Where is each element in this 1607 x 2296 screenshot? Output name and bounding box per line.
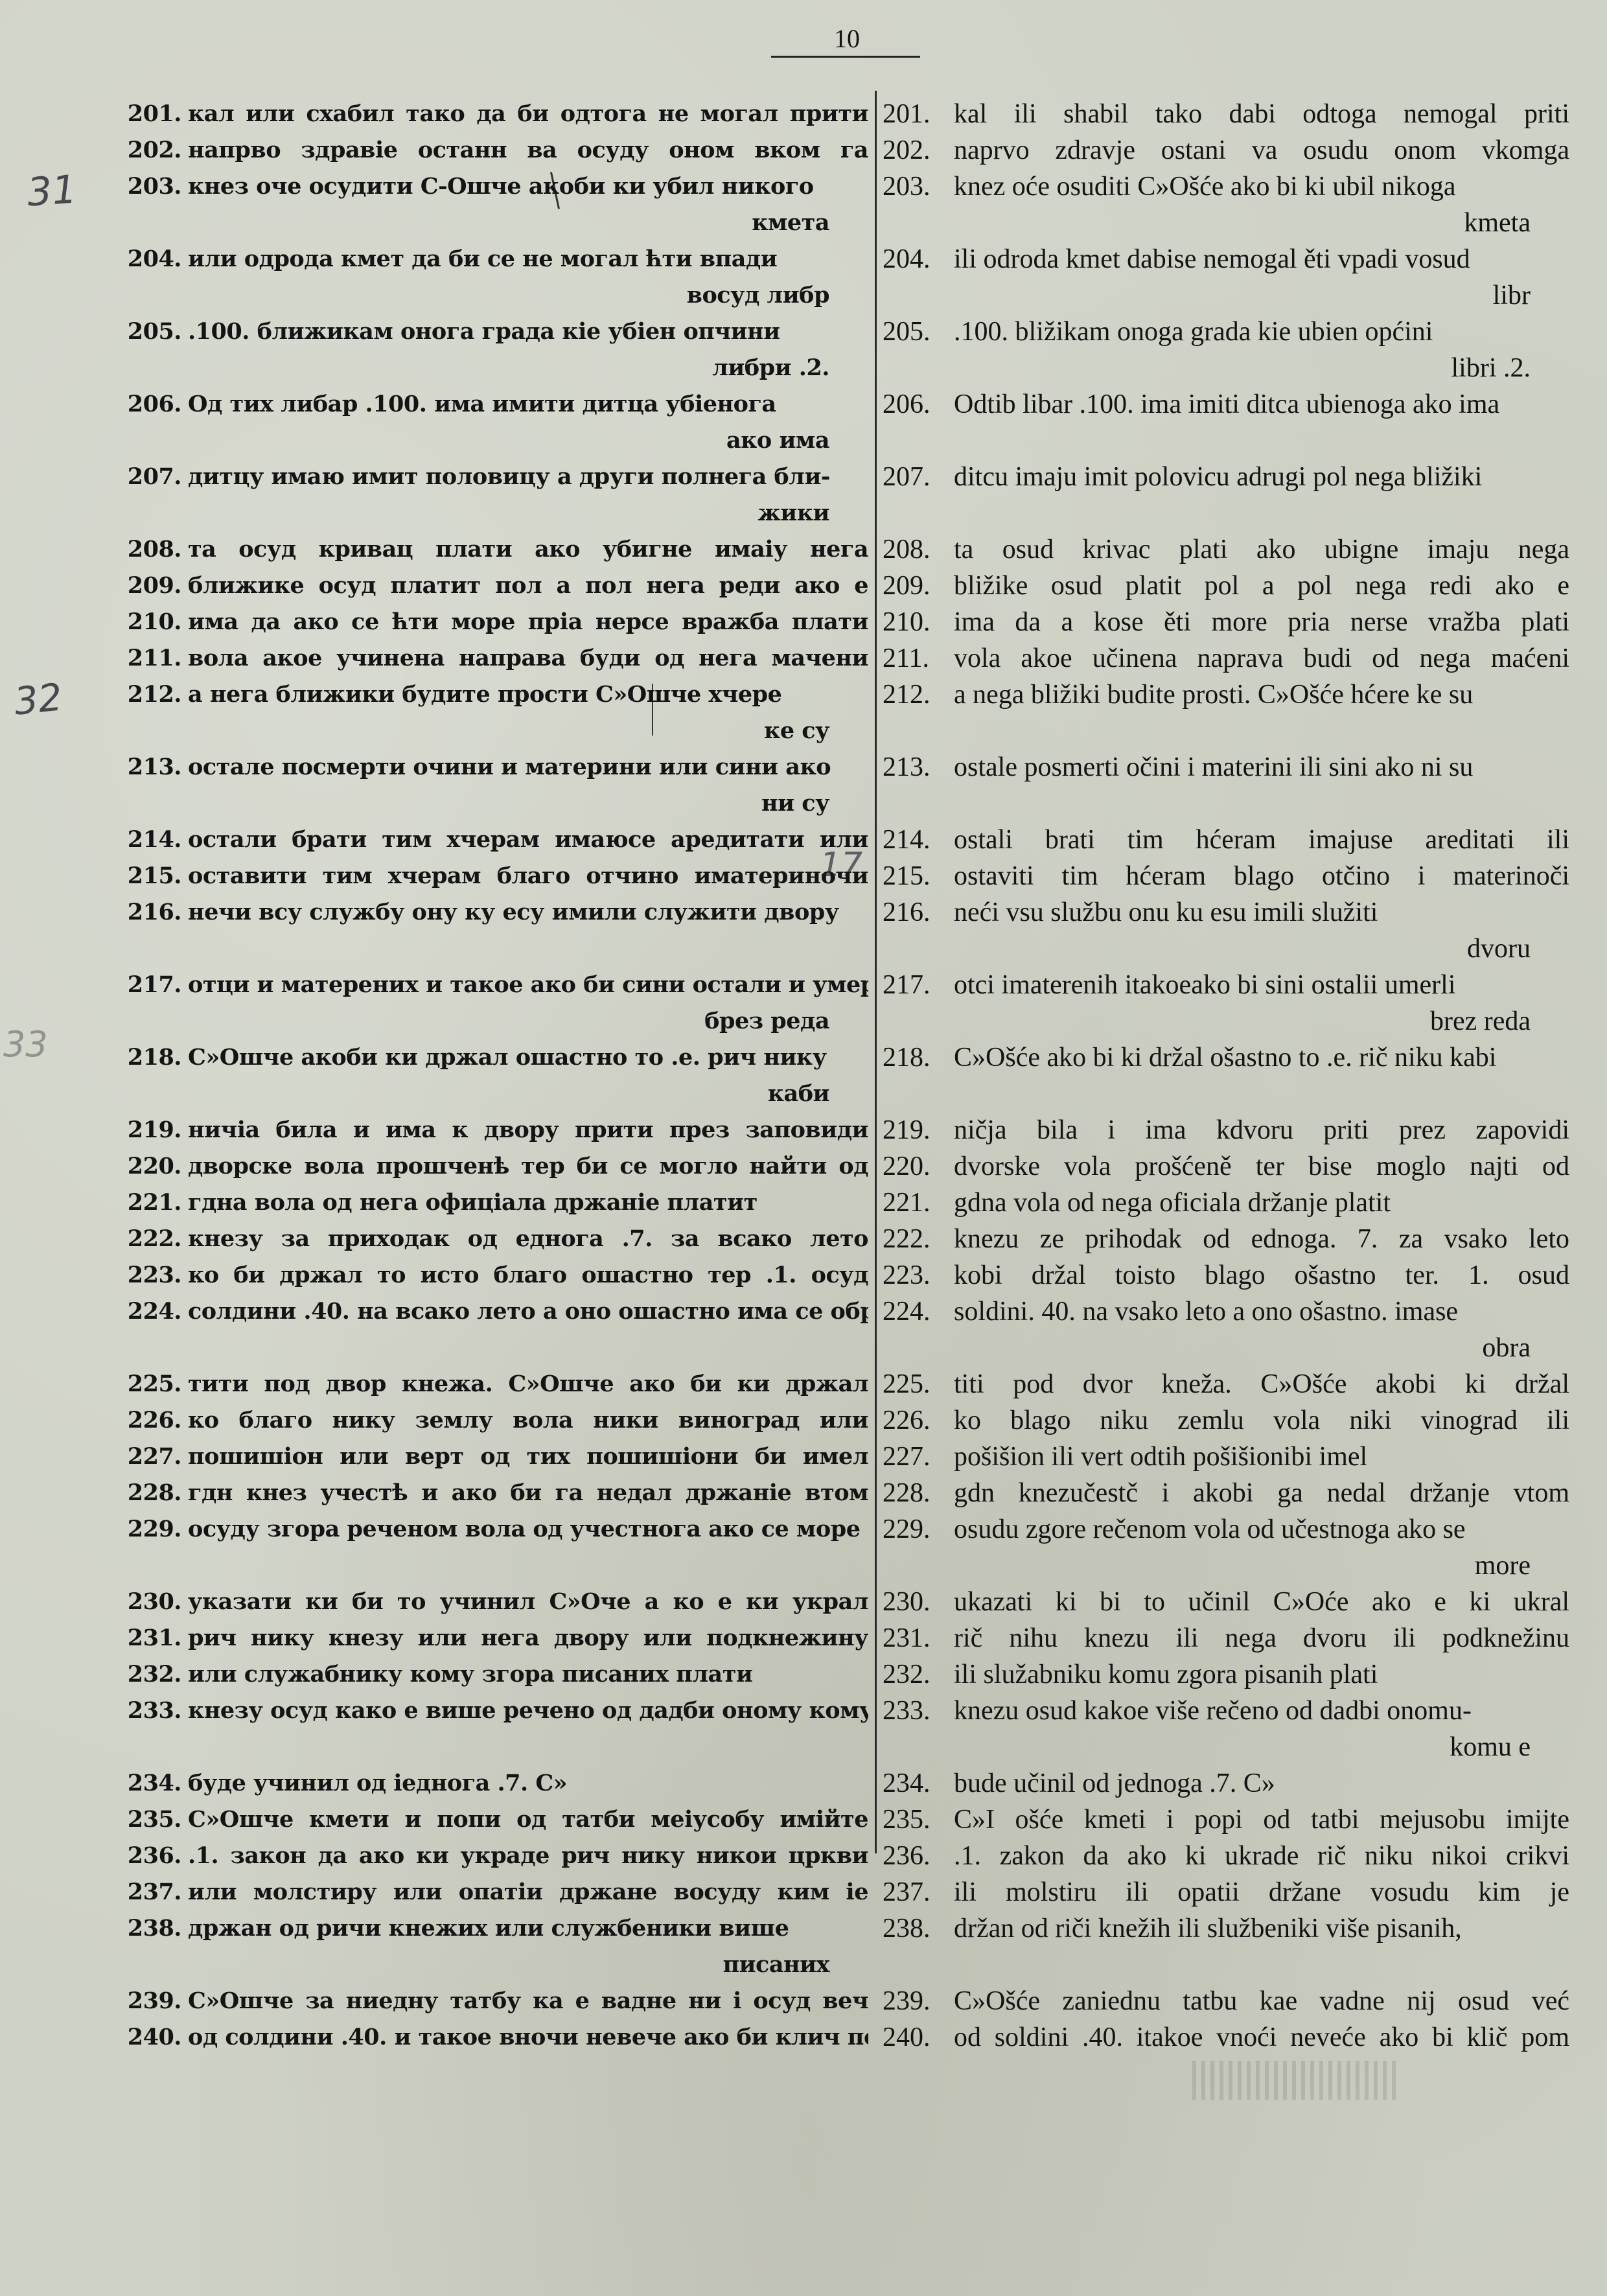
line-number: 232.	[883, 1656, 954, 1693]
verse-line: 236..1. zakon da ako ki ukrade rič niku …	[883, 1838, 1569, 1874]
line-number: 212.	[883, 677, 954, 713]
blank-line	[883, 785, 1569, 822]
line-number: 203.	[883, 168, 954, 205]
verse-entry: 217.otci imaterenih itakoeako bi sini os…	[883, 967, 1569, 1039]
verse-line: 225.тити под двор кнежа. С»Ошче ако би к…	[109, 1366, 868, 1402]
line-number: 226.	[109, 1402, 188, 1439]
verse-text: ima da a kose ěti more pria nerse vražba…	[954, 604, 1569, 640]
verse-line: 219.ničja bila i ima kdvoru priti prez z…	[883, 1112, 1569, 1148]
verse-text: C»I ošće kmeti i popi od tatbi mejusobu …	[954, 1802, 1569, 1838]
verse-text: ili služabniku komu zgora pisanih plati	[954, 1656, 1569, 1693]
verse-line: 240.од солдини .40. и такое вночи невече…	[109, 2019, 868, 2056]
line-number: 217.	[109, 967, 188, 1003]
line-number: 236.	[883, 1838, 954, 1874]
verse-text: rič nihu knezu ili nega dvoru ili podkne…	[954, 1620, 1569, 1656]
page-number-underline	[771, 56, 920, 58]
line-number: 211.	[883, 640, 954, 677]
verse-entry: 213.ostale posmerti očini i materini ili…	[883, 749, 1569, 822]
verse-line: 206.Од тих либар .100. има имити дитца у…	[109, 386, 868, 423]
verse-line: 233.кнезу осуд како е више речено од дад…	[109, 1693, 868, 1729]
verse-text: указати ки би то учинил С»Оче а ко е ки …	[188, 1584, 868, 1620]
verse-line: 237.ili molstiru ili opatii držane vosud…	[883, 1874, 1569, 1910]
blank-line	[883, 1076, 1569, 1112]
verse-entry: 219.ničja bila i ima kdvoru priti prez z…	[883, 1112, 1569, 1148]
verse-text: или одрода кмет да би се не могал ћти вп…	[188, 241, 868, 277]
verse-line: 219.ничіа била и има к двору прити през …	[109, 1112, 868, 1148]
verse-text: ko blago niku zemlu vola niki vinograd i…	[954, 1402, 1569, 1439]
verse-line: 205..100. ближикам онога града кіе убіен…	[109, 314, 868, 350]
blank-line	[883, 713, 1569, 749]
verse-entry: 230.ukazati ki bi to učinil C»Oće ako e …	[883, 1584, 1569, 1620]
verse-entry: 230.указати ки би то учинил С»Оче а ко е…	[109, 1584, 868, 1620]
line-number: 239.	[109, 1983, 188, 2019]
verse-continuation: libri .2.	[883, 350, 1569, 386]
verse-entry: 237.ili molstiru ili opatii držane vosud…	[883, 1874, 1569, 1910]
verse-line: 211.вола акое учинена направа буди од не…	[109, 640, 868, 677]
verse-line: 212.а нега ближики будите прости С»Ошче …	[109, 677, 868, 713]
verse-text: кал или схабил тако да би одтога не мога…	[188, 96, 868, 132]
verse-text: та осуд кривац плати ако убигне имаіу не…	[188, 531, 868, 568]
line-number: 234.	[109, 1765, 188, 1802]
line-number: 208.	[109, 531, 188, 568]
verse-text: ко благо нику землу вола ники виноград и…	[188, 1402, 868, 1439]
line-number: 231.	[883, 1620, 954, 1656]
line-number: 214.	[109, 822, 188, 858]
line-number: 216.	[109, 894, 188, 931]
verse-text: ukazati ki bi to učinil C»Oće ako e ki u…	[954, 1584, 1569, 1620]
verse-line: 240.od soldini .40. itakoe vnoći neveće …	[883, 2019, 1569, 2056]
verse-entry: 219.ничіа била и има к двору прити през …	[109, 1112, 868, 1148]
verse-entry: 232.ili služabniku komu zgora pisanih pl…	[883, 1656, 1569, 1693]
line-number: 229.	[883, 1511, 954, 1548]
line-number: 202.	[109, 132, 188, 168]
verse-text: držan od riči knežih ili službeniki više…	[954, 1910, 1569, 1947]
line-number: 208.	[883, 531, 954, 568]
verse-entry: 206.Од тих либар .100. има имити дитца у…	[109, 386, 868, 459]
verse-entry: 236..1. zakon da ako ki ukrade rič niku …	[883, 1838, 1569, 1874]
verse-entry: 223.kobi držal toisto blago ošastno ter.…	[883, 1257, 1569, 1293]
line-number: 218.	[883, 1039, 954, 1076]
verse-entry: 234.буде учинил од іеднога .7. С»	[109, 1765, 868, 1802]
verse-entry: 204.или одрода кмет да би се не могал ћт…	[109, 241, 868, 314]
verse-line: 235.С»Ошче кмети и попи од татби меіусоб…	[109, 1802, 868, 1838]
verse-line: 201.kal ili shabil tako dabi odtoga nemo…	[883, 96, 1569, 132]
blank-line	[109, 1729, 868, 1765]
verse-line: 234.буде учинил од іеднога .7. С»	[109, 1765, 868, 1802]
line-number: 234.	[883, 1765, 954, 1802]
margin-annotation-32: 32	[12, 675, 65, 723]
verse-line: 204.или одрода кмет да би се не могал ћт…	[109, 241, 868, 277]
line-number: 213.	[883, 749, 954, 785]
line-number: 240.	[883, 2019, 954, 2056]
verse-text: pošišion ili vert odtih pošišionibi imel	[954, 1439, 1569, 1475]
verse-text: од солдини .40. и такое вночи невече ако…	[188, 2019, 868, 2056]
verse-line: 213.ostale posmerti očini i materini ili…	[883, 749, 1569, 785]
verse-text: а нега ближики будите прости С»Ошче хчер…	[188, 677, 868, 713]
blank-line	[109, 1548, 868, 1584]
verse-entry: 207.дитцу имаю имит половицу а други пол…	[109, 459, 868, 531]
verse-text: otci imaterenih itakoeako bi sini ostali…	[954, 967, 1569, 1003]
verse-line: 212.a nega bližiki budite prosti. C»Ošće…	[883, 677, 1569, 713]
verse-text: gdn knezučestč i akobi ga nedal držanje …	[954, 1475, 1569, 1511]
verse-text: kal ili shabil tako dabi odtoga nemogal …	[954, 96, 1569, 132]
verse-entry: 210.има да ако се ћти море пріа нерсе вр…	[109, 604, 868, 640]
verse-entry: 201.kal ili shabil tako dabi odtoga nemo…	[883, 96, 1569, 132]
verse-line: 232.ili služabniku komu zgora pisanih pl…	[883, 1656, 1569, 1693]
verse-entry: 209.bližike osud platit pol a pol nega r…	[883, 568, 1569, 604]
verse-text: osudu zgore rečenom vola od učestnoga ak…	[954, 1511, 1569, 1548]
line-number: 203.	[109, 168, 188, 205]
verse-text: kobi držal toisto blago ošastno ter. 1. …	[954, 1257, 1569, 1293]
verse-entry: 228.гдн кнез учестѣ и ако би га недал др…	[109, 1475, 868, 1511]
verse-entry: 201.кал или схабил тако да би одтога не …	[109, 96, 868, 132]
verse-line: 209.ближике осуд платит пол а пол нега р…	[109, 568, 868, 604]
verse-text: Odtib libar .100. ima imiti ditca ubieno…	[954, 386, 1569, 423]
verse-entry: 216.нечи всу службу ону ку есу имили слу…	[109, 894, 868, 967]
verse-line: 210.има да ако се ћти море пріа нерсе вр…	[109, 604, 868, 640]
line-number: 230.	[883, 1584, 954, 1620]
verse-continuation: more	[883, 1548, 1569, 1584]
verse-entry: 203.кнез оче осудити С-Ошче акоби ки уби…	[109, 168, 868, 241]
verse-text: ostaviti tim hćeram blago otčino i mater…	[954, 858, 1569, 894]
verse-continuation: ако има	[109, 423, 868, 459]
verse-entry: 240.od soldini .40. itakoe vnoći neveće …	[883, 2019, 1569, 2056]
verse-line: 217.otci imaterenih itakoeako bi sini os…	[883, 967, 1569, 1003]
verse-line: 218.С»Ошче акоби ки држал ошастно то .е.…	[109, 1039, 868, 1076]
verse-line: 203.кнез оче осудити С-Ошче акоби ки уби…	[109, 168, 868, 205]
verse-entry: 225.titi pod dvor kneža. C»Ošće akobi ki…	[883, 1366, 1569, 1402]
verse-entry: 221.gdna vola od nega oficiala držanje p…	[883, 1185, 1569, 1221]
verse-text: буде учинил од іеднога .7. С»	[188, 1765, 868, 1802]
verse-text: кнезу осуд како е више речено од дадби о…	[188, 1693, 868, 1729]
verse-entry: 203.knez oće osuditi C»Ošće ako bi ki ub…	[883, 168, 1569, 241]
verse-text: C»Ošće zaniednu tatbu kae vadne nij osud…	[954, 1983, 1569, 2019]
line-number: 231.	[109, 1620, 188, 1656]
line-number: 222.	[109, 1221, 188, 1257]
verse-line: 220.dvorske vola prošćeně ter bise moglo…	[883, 1148, 1569, 1185]
verse-line: 229.осуду згора реченом вола од учестног…	[109, 1511, 868, 1548]
verse-entry: 226.ко благо нику землу вола ники виногр…	[109, 1402, 868, 1439]
line-number: 201.	[883, 96, 954, 132]
verse-line: 220.дворске вола прошченѣ тер би се могл…	[109, 1148, 868, 1185]
verse-line: 226.ko blago niku zemlu vola niki vinogr…	[883, 1402, 1569, 1439]
verse-entry: 222.кнезу за приходак од еднога .7. за в…	[109, 1221, 868, 1257]
verse-entry: 231.rič nihu knezu ili nega dvoru ili po…	[883, 1620, 1569, 1656]
verse-text: ditcu imaju imit polovicu adrugi pol neg…	[954, 459, 1569, 495]
blank-line	[883, 1947, 1569, 1983]
bleed-through-smudge	[1192, 2061, 1400, 2100]
verse-text: a nega bližiki budite prosti. C»Ošće hće…	[954, 677, 1569, 713]
line-number: 206.	[883, 386, 954, 423]
verse-entry: 220.дворске вола прошченѣ тер би се могл…	[109, 1148, 868, 1185]
verse-line: 223.ко би држал то исто благо ошастно те…	[109, 1257, 868, 1293]
line-number: 233.	[883, 1693, 954, 1729]
verse-text: gdna vola od nega oficiala držanje plati…	[954, 1185, 1569, 1221]
verse-line: 227.пошишіон или верт од тих пошишіони б…	[109, 1439, 868, 1475]
verse-line: 210.ima da a kose ěti more pria nerse vr…	[883, 604, 1569, 640]
margin-annotation-31: 31	[26, 167, 78, 215]
verse-text: пошишіон или верт од тих пошишіони би им…	[188, 1439, 868, 1475]
line-number: 225.	[109, 1366, 188, 1402]
verse-entry: 205..100. bližikam onoga grada kie ubien…	[883, 314, 1569, 386]
verse-entry: 238.држан од ричи кнежих или службеники …	[109, 1910, 868, 1983]
verse-text: naprvo zdravje ostani va osudu onom vkom…	[954, 132, 1569, 168]
verse-text: солдини .40. на всако лето а оно ошастно…	[188, 1293, 868, 1330]
line-number: 211.	[109, 640, 188, 677]
verse-line: 236..1. закон да ако ки украде рич нику …	[109, 1838, 868, 1874]
line-number: 215.	[883, 858, 954, 894]
verse-text: тити под двор кнежа. С»Ошче ако би ки др…	[188, 1366, 868, 1402]
verse-entry: 215.ostaviti tim hćeram blago otčino i m…	[883, 858, 1569, 894]
verse-text: knezu ze prihodak od ednoga. 7. za vsako…	[954, 1221, 1569, 1257]
verse-text: ostali brati tim hćeram imajuse areditat…	[954, 822, 1569, 858]
verse-entry: 237.или молстиру или опатіи држане восуд…	[109, 1874, 868, 1910]
verse-text: оставити тим хчерам благо отчино иматери…	[188, 858, 868, 894]
line-number: 221.	[883, 1185, 954, 1221]
verse-entry: 232.или служабнику кому згора писаних пл…	[109, 1656, 868, 1693]
verse-text: кнез оче осудити С-Ошче акоби ки убил ни…	[188, 168, 868, 205]
verse-continuation: брез реда	[109, 1003, 868, 1039]
verse-line: 207.дитцу имаю имит половицу а други пол…	[109, 459, 868, 495]
verse-line: 204.ili odroda kmet dabise nemogal ěti v…	[883, 241, 1569, 277]
verse-line: 209.bližike osud platit pol a pol nega r…	[883, 568, 1569, 604]
verse-line: 224.soldini. 40. na vsako leto a ono oša…	[883, 1293, 1569, 1330]
verse-entry: 220.dvorske vola prošćeně ter bise moglo…	[883, 1148, 1569, 1185]
line-number: 218.	[109, 1039, 188, 1076]
verse-continuation: восуд либр	[109, 277, 868, 314]
verse-line: 222.кнезу за приходак од еднога .7. за в…	[109, 1221, 868, 1257]
line-number: 238.	[883, 1910, 954, 1947]
verse-line: 233.knezu osud kakoe više rečeno od dadb…	[883, 1693, 1569, 1729]
verse-text: bude učinil od jednoga .7. C»	[954, 1765, 1569, 1802]
verse-entry: 224.солдини .40. на всако лето а оно оша…	[109, 1293, 868, 1366]
verse-continuation: каби	[109, 1076, 868, 1112]
line-number: 210.	[883, 604, 954, 640]
verse-line: 239.С»Ошче за ниедну татбу ка е вадне ни…	[109, 1983, 868, 2019]
verse-text: кнезу за приходак од еднога .7. за всако…	[188, 1221, 868, 1257]
verse-line: 235.C»I ošće kmeti i popi od tatbi mejus…	[883, 1802, 1569, 1838]
verse-continuation: dvoru	[883, 931, 1569, 967]
verse-text: ili molstiru ili opatii držane vosudu ki…	[954, 1874, 1569, 1910]
verse-entry: 229.осуду згора реченом вола од учестног…	[109, 1511, 868, 1584]
verse-entry: 210.ima da a kose ěti more pria nerse vr…	[883, 604, 1569, 640]
line-number: 216.	[883, 894, 954, 931]
line-number: 227.	[883, 1439, 954, 1475]
verse-continuation: кмета	[109, 205, 868, 241]
verse-entry: 236..1. закон да ако ки украде рич нику …	[109, 1838, 868, 1874]
line-number: 202.	[883, 132, 954, 168]
verse-text: С»Ошче за ниедну татбу ка е вадне ни і о…	[188, 1983, 868, 2019]
verse-line: 237.или молстиру или опатіи држане восуд…	[109, 1874, 868, 1910]
verse-line: 214.ostali brati tim hćeram imajuse ared…	[883, 822, 1569, 858]
verse-text: остали брати тим хчерам имаюсе аредитати…	[188, 822, 868, 858]
blank-line	[883, 423, 1569, 459]
verse-text: нечи всу службу ону ку есу имили служити…	[188, 894, 868, 931]
verse-text: ničja bila i ima kdvoru priti prez zapov…	[954, 1112, 1569, 1148]
verse-entry: 214.ostali brati tim hćeram imajuse ared…	[883, 822, 1569, 858]
line-number: 219.	[109, 1112, 188, 1148]
verse-entry: 209.ближике осуд платит пол а пол нега р…	[109, 568, 868, 604]
verse-line: 231.рич нику кнезу или нега двору или по…	[109, 1620, 868, 1656]
line-number: 206.	[109, 386, 188, 423]
verse-line: 221.гдна вола од нега офиціала држаніе п…	[109, 1185, 868, 1221]
verse-text: рич нику кнезу или нега двору или подкне…	[188, 1620, 868, 1656]
line-number: 209.	[883, 568, 954, 604]
verse-text: дитцу имаю имит половицу а други полнега…	[188, 459, 868, 495]
verse-entry: 204.ili odroda kmet dabise nemogal ěti v…	[883, 241, 1569, 314]
line-number: 215.	[109, 858, 188, 894]
verse-entry: 214.остали брати тим хчерам имаюсе ареди…	[109, 822, 868, 858]
line-number: 223.	[109, 1257, 188, 1293]
verse-line: 202.naprvo zdravje ostani va osudu onom …	[883, 132, 1569, 168]
verse-line: 232.или служабнику кому згора писаних пл…	[109, 1656, 868, 1693]
verse-text: ничіа била и има к двору прити през запо…	[188, 1112, 868, 1148]
verse-line: 234.bude učinil od jednoga .7. C»	[883, 1765, 1569, 1802]
verse-text: neći vsu službu onu ku esu imili služiti	[954, 894, 1569, 931]
verse-text: od soldini .40. itakoe vnoći neveće ako …	[954, 2019, 1569, 2056]
verse-line: 238.držan od riči knežih ili službeniki …	[883, 1910, 1569, 1947]
verse-entry: 208.ta osud krivac plati ako ubigne imaj…	[883, 531, 1569, 568]
verse-entry: 233.knezu osud kakoe više rečeno od dadb…	[883, 1693, 1569, 1765]
verse-line: 227.pošišion ili vert odtih pošišionibi …	[883, 1439, 1569, 1475]
verse-text: напрво здравіе останн ва осуду оном вком…	[188, 132, 868, 168]
verse-text: .1. zakon da ako ki ukrade rič niku niko…	[954, 1838, 1569, 1874]
line-number: 205.	[883, 314, 954, 350]
verse-entry: 227.pošišion ili vert odtih pošišionibi …	[883, 1439, 1569, 1475]
verse-text: гдн кнез учестѣ и ако би га недал држані…	[188, 1475, 868, 1511]
verse-entry: 221.гдна вола од нега офиціала држаніе п…	[109, 1185, 868, 1221]
column-divider	[875, 91, 877, 1853]
line-number: 224.	[109, 1293, 188, 1330]
verse-entry: 216.neći vsu službu onu ku esu imili slu…	[883, 894, 1569, 967]
verse-line: 207.ditcu imaju imit polovicu adrugi pol…	[883, 459, 1569, 495]
verse-continuation: komu e	[883, 1729, 1569, 1765]
line-number: 223.	[883, 1257, 954, 1293]
verse-entry: 227.пошишіон или верт од тих пошишіони б…	[109, 1439, 868, 1475]
verse-line: 229.osudu zgore rečenom vola od učestnog…	[883, 1511, 1569, 1548]
line-number: 212.	[109, 677, 188, 713]
verse-continuation: ке су	[109, 713, 868, 749]
verse-text: вола акое учинена направа буди од нега м…	[188, 640, 868, 677]
verse-line: 218.C»Ošće ako bi ki držal ošastno to .e…	[883, 1039, 1569, 1076]
verse-text: titi pod dvor kneža. C»Ošće akobi ki drž…	[954, 1366, 1569, 1402]
line-number: 238.	[109, 1910, 188, 1947]
line-number: 222.	[883, 1221, 954, 1257]
line-number: 228.	[883, 1475, 954, 1511]
verse-line: 216.нечи всу службу ону ку есу имили слу…	[109, 894, 868, 931]
line-number: 204.	[109, 241, 188, 277]
line-number: 240.	[109, 2019, 188, 2056]
line-number: 220.	[883, 1148, 954, 1185]
verse-text: ко би држал то исто благо ошастно тер .1…	[188, 1257, 868, 1293]
verse-entry: 224.soldini. 40. na vsako leto a ono oša…	[883, 1293, 1569, 1366]
verse-text: или служабнику кому згора писаних плати	[188, 1656, 868, 1693]
line-number: 207.	[883, 459, 954, 495]
line-number: 213.	[109, 749, 188, 785]
verse-line: 202.напрво здравіе останн ва осуду оном …	[109, 132, 868, 168]
verse-line: 224.солдини .40. на всако лето а оно оша…	[109, 1293, 868, 1330]
blank-line	[109, 931, 868, 967]
line-number: 227.	[109, 1439, 188, 1475]
verse-entry: 213.остале посмерти очини и материни или…	[109, 749, 868, 822]
verse-text: .100. bližikam onoga grada kie ubien opć…	[954, 314, 1569, 350]
verse-entry: 229.osudu zgore rečenom vola od učestnog…	[883, 1511, 1569, 1584]
verse-entry: 207.ditcu imaju imit polovicu adrugi pol…	[883, 459, 1569, 531]
verse-entry: 228.gdn knezučestč i akobi ga nedal drža…	[883, 1475, 1569, 1511]
verse-text: осуду згора реченом вола од учестнога ак…	[188, 1511, 868, 1548]
verse-entry: 233.кнезу осуд како е више речено од дад…	[109, 1693, 868, 1765]
line-number: 237.	[883, 1874, 954, 1910]
line-number: 233.	[109, 1693, 188, 1729]
verse-line: 217.отци и матерених и такое ако би сини…	[109, 967, 868, 1003]
verse-text: отци и матерених и такое ако би сини ост…	[188, 967, 868, 1003]
verse-entry: 211.вола акое учинена направа буди од не…	[109, 640, 868, 677]
right-column-latin: 201.kal ili shabil tako dabi odtoga nemo…	[883, 96, 1569, 2056]
verse-line: 203.knez oće osuditi C»Ošće ako bi ki ub…	[883, 168, 1569, 205]
verse-text: С»Ошче акоби ки држал ошастно то .е. рич…	[188, 1039, 868, 1076]
verse-entry: 218.C»Ošće ako bi ki držal ošastno to .e…	[883, 1039, 1569, 1112]
verse-line: 238.држан од ричи кнежих или службеники …	[109, 1910, 868, 1947]
verse-entry: 211.vola akoe učinena naprava budi od ne…	[883, 640, 1569, 677]
verse-entry: 239.С»Ошче за ниедну татбу ка е вадне ни…	[109, 1983, 868, 2019]
verse-text: knezu osud kakoe više rečeno od dadbi on…	[954, 1693, 1569, 1729]
verse-line: 230.ukazati ki bi to učinil C»Oće ako e …	[883, 1584, 1569, 1620]
verse-text: гдна вола од нега офиціала држаніе плати…	[188, 1185, 868, 1221]
verse-line: 208.та осуд кривац плати ако убигне имаі…	[109, 531, 868, 568]
verse-text: ta osud krivac plati ako ubigne imaju ne…	[954, 531, 1569, 568]
verse-line: 215.ostaviti tim hćeram blago otčino i m…	[883, 858, 1569, 894]
line-number: 239.	[883, 1983, 954, 2019]
verse-line: 211.vola akoe učinena naprava budi od ne…	[883, 640, 1569, 677]
line-number: 229.	[109, 1511, 188, 1548]
verse-line: 221.gdna vola od nega oficiala držanje p…	[883, 1185, 1569, 1221]
line-number: 225.	[883, 1366, 954, 1402]
verse-entry: 206.Odtib libar .100. ima imiti ditca ub…	[883, 386, 1569, 459]
verse-entry: 240.од солдини .40. и такое вночи невече…	[109, 2019, 868, 2056]
blank-line	[883, 495, 1569, 531]
verse-entry: 225.тити под двор кнежа. С»Ошче ако би к…	[109, 1366, 868, 1402]
verse-text: knez oće osuditi C»Ošće ako bi ki ubil n…	[954, 168, 1569, 205]
verse-text: ostale posmerti očini i materini ili sin…	[954, 749, 1569, 785]
verse-line: 239.C»Ošće zaniednu tatbu kae vadne nij …	[883, 1983, 1569, 2019]
verse-entry: 223.ко би држал то исто благо ошастно те…	[109, 1257, 868, 1293]
verse-continuation: kmeta	[883, 205, 1569, 241]
verse-line: 226.ко благо нику землу вола ники виногр…	[109, 1402, 868, 1439]
verse-entry: 226.ko blago niku zemlu vola niki vinogr…	[883, 1402, 1569, 1439]
line-number: 228.	[109, 1475, 188, 1511]
verse-entry: 218.С»Ошче акоби ки држал ошастно то .е.…	[109, 1039, 868, 1112]
verse-line: 223.kobi držal toisto blago ošastno ter.…	[883, 1257, 1569, 1293]
verse-text: држан од ричи кнежих или службеники више	[188, 1910, 868, 1947]
line-number: 204.	[883, 241, 954, 277]
verse-entry: 222.knezu ze prihodak od ednoga. 7. za v…	[883, 1221, 1569, 1257]
verse-continuation: obra	[883, 1330, 1569, 1366]
verse-entry: 215.оставити тим хчерам благо отчино има…	[109, 858, 868, 894]
verse-text: остале посмерти очини и материни или син…	[188, 749, 868, 785]
verse-line: 222.knezu ze prihodak od ednoga. 7. za v…	[883, 1221, 1569, 1257]
verse-entry: 202.напрво здравіе останн ва осуду оном …	[109, 132, 868, 168]
verse-text: или молстиру или опатіи држане восуду ки…	[188, 1874, 868, 1910]
verse-continuation: писаних	[109, 1947, 868, 1983]
line-number: 221.	[109, 1185, 188, 1221]
line-number: 209.	[109, 568, 188, 604]
verse-text: dvorske vola prošćeně ter bise moglo naj…	[954, 1148, 1569, 1185]
verse-continuation: brez reda	[883, 1003, 1569, 1039]
verse-line: 230.указати ки би то учинил С»Оче а ко е…	[109, 1584, 868, 1620]
line-number: 235.	[109, 1802, 188, 1838]
verse-text: .1. закон да ако ки украде рич нику нико…	[188, 1838, 868, 1874]
verse-continuation: libr	[883, 277, 1569, 314]
